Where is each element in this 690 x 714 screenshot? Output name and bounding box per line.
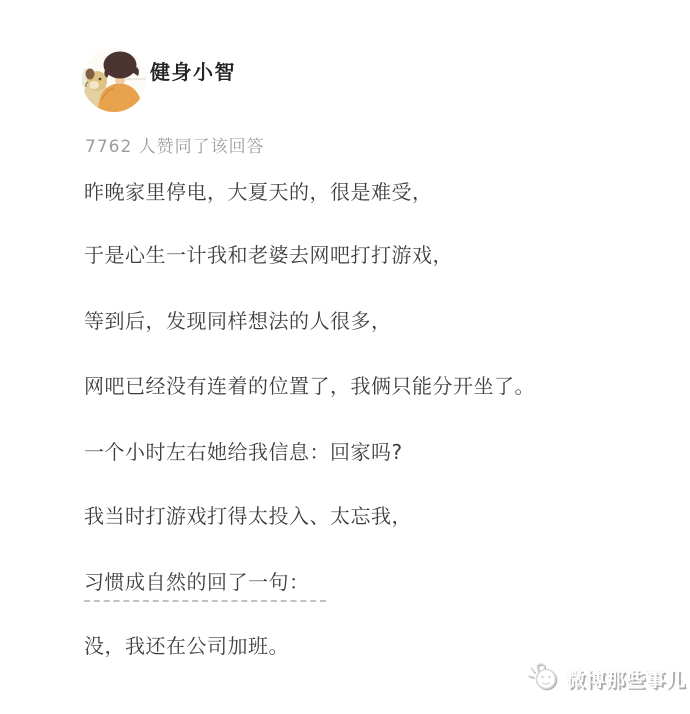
paragraph: 我当时打游戏打得太投入、太忘我， [84,505,412,528]
username[interactable]: 健身小智 [150,56,236,85]
paragraph: 等到后，发现同样想法的人很多， [84,310,392,333]
paragraph: 习惯成自然的回了一句： [84,571,326,602]
paragraph: 一个小时左右她给我信息：回家吗? [84,441,403,464]
paragraph: 没，我还在公司加班。 [84,635,289,658]
watermark-text: 微博那些事儿 [566,665,686,692]
paragraph: 于是心生一计我和老婆去网吧打打游戏， [84,244,453,267]
paragraph: 昨晚家里停电，大夏天的，很是难受， [84,181,433,204]
post-card: 健身小智 7762 人赞同了该回答 昨晚家里停电，大夏天的，很是难受， 于是心生… [0,0,690,714]
watermark: 微博那些事儿 [528,662,686,694]
avatar[interactable] [82,48,146,112]
upvote-count: 7762 人赞同了该回答 [85,132,265,157]
avatar-cartoon-person-with-dog [82,48,146,112]
watermark-panda-icon [528,662,562,694]
paragraph: 网吧已经没有连着的位置了，我俩只能分开坐了。 [84,375,535,398]
